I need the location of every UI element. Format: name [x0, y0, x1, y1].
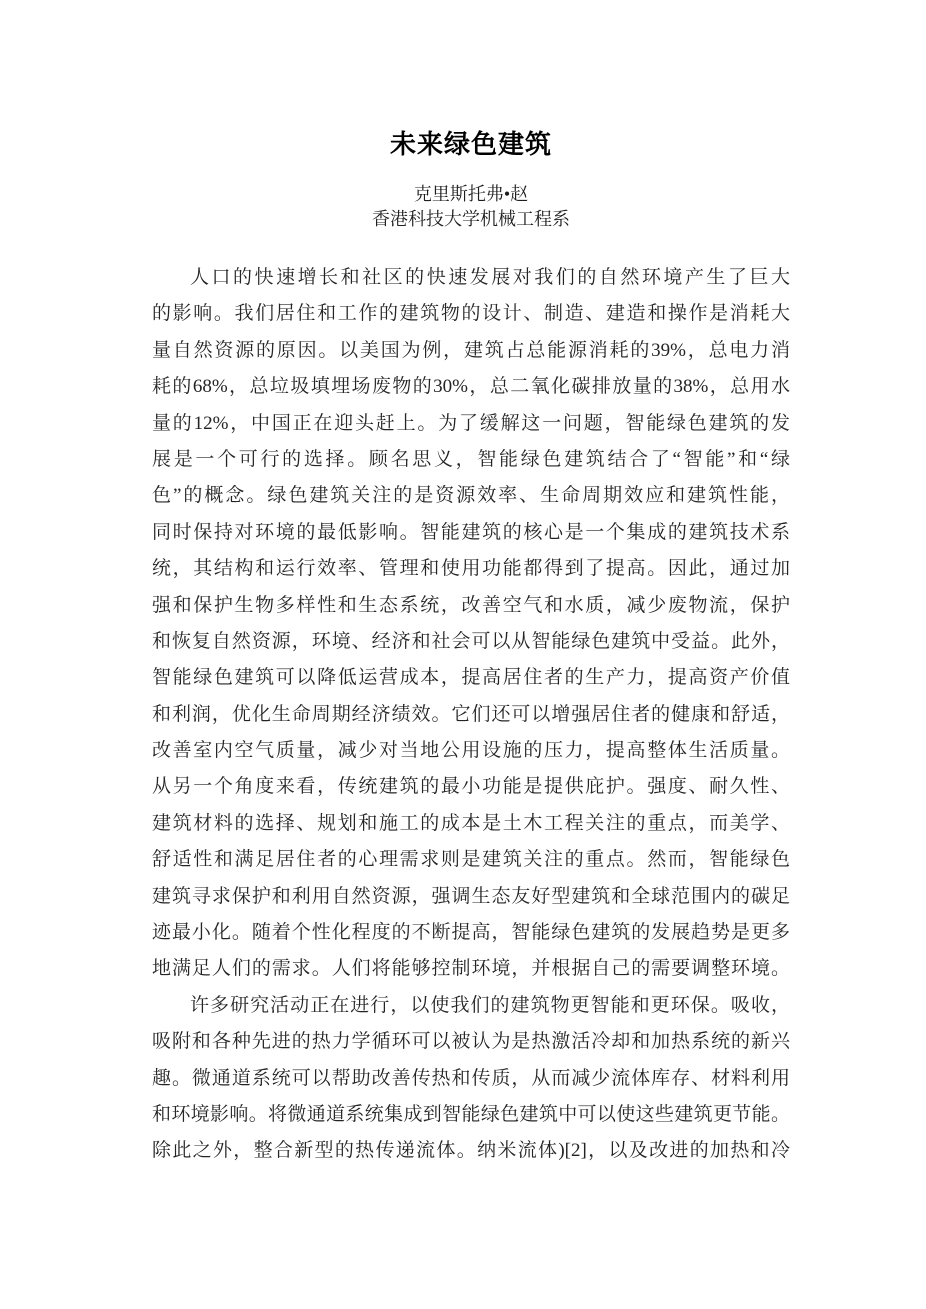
text-line: 强和保护生物多样性和生态系统，改善空气和水质，减少废物流，保护 — [152, 588, 790, 624]
text-line: 建筑寻求保护和利用自然资源，强调生态友好型建筑和全球范围内的碳足 — [152, 879, 790, 915]
text-line: 吸附和各种先进的热力学循环可以被认为是热激活冷却和加热系统的新兴 — [152, 1024, 790, 1060]
text-line: 改善室内空气质量，减少对当地公用设施的压力，提高整体生活质量。 — [152, 733, 790, 769]
document-body: 人口的快速增长和社区的快速发展对我们的自然环境产生了巨大的影响。我们居住和工作的… — [152, 260, 790, 1170]
document-author: 克里斯托弗•赵 — [152, 182, 790, 207]
text-line: 统，其结构和运行效率、管理和使用功能都得到了提高。因此，通过加 — [152, 551, 790, 587]
paragraph: 许多研究活动正在进行，以使我们的建筑物更智能和更环保。吸收，吸附和各种先进的热力… — [152, 988, 790, 1170]
text-line: 除此之外，整合新型的热传递流体。纳米流体)[2]，以及改进的加热和冷 — [152, 1133, 790, 1169]
text-line: 迹最小化。随着个性化程度的不断提高，智能绿色建筑的发展趋势是更多 — [152, 915, 790, 951]
text-line: 智能绿色建筑可以降低运营成本，提高居住者的生产力，提高资产价值 — [152, 660, 790, 696]
text-line: 量自然资源的原因。以美国为例，建筑占总能源消耗的39%，总电力消 — [152, 333, 790, 369]
text-line: 耗的68%，总垃圾填埋场废物的30%，总二氧化碳排放量的38%，总用水 — [152, 369, 790, 405]
paragraph: 人口的快速增长和社区的快速发展对我们的自然环境产生了巨大的影响。我们居住和工作的… — [152, 260, 790, 988]
text-line: 和环境影响。将微通道系统集成到智能绿色建筑中可以使这些建筑更节能。 — [152, 1097, 790, 1133]
text-line: 的影响。我们居住和工作的建筑物的设计、制造、建造和操作是消耗大 — [152, 296, 790, 332]
text-line: 色”的概念。绿色建筑关注的是资源效率、生命周期效应和建筑性能， — [152, 478, 790, 514]
text-line: 人口的快速增长和社区的快速发展对我们的自然环境产生了巨大 — [152, 260, 790, 296]
text-line: 和恢复自然资源，环境、经济和社会可以从智能绿色建筑中受益。此外， — [152, 624, 790, 660]
text-line: 许多研究活动正在进行，以使我们的建筑物更智能和更环保。吸收， — [152, 988, 790, 1024]
text-line: 展是一个可行的选择。顾名思义，智能绿色建筑结合了“智能”和“绿 — [152, 442, 790, 478]
text-line: 舒适性和满足居住者的心理需求则是建筑关注的重点。然而，智能绿色 — [152, 842, 790, 878]
text-line: 和利润，优化生命周期经济绩效。它们还可以增强居住者的健康和舒适， — [152, 697, 790, 733]
text-line: 地满足人们的需求。人们将能够控制环境，并根据自己的需要调整环境。 — [152, 951, 790, 987]
text-line: 趣。微通道系统可以帮助改善传热和传质，从而减少流体库存、材料利用 — [152, 1061, 790, 1097]
text-line: 建筑材料的选择、规划和施工的成本是土木工程关注的重点，而美学、 — [152, 806, 790, 842]
document-affiliation: 香港科技大学机械工程系 — [152, 207, 790, 232]
text-line: 从另一个角度来看，传统建筑的最小功能是提供庇护。强度、耐久性、 — [152, 769, 790, 805]
document-page: 未来绿色建筑 克里斯托弗•赵 香港科技大学机械工程系 人口的快速增长和社区的快速… — [0, 0, 926, 1309]
text-line: 量的12%，中国正在迎头赶上。为了缓解这一问题，智能绿色建筑的发 — [152, 406, 790, 442]
text-line: 同时保持对环境的最低影响。智能建筑的核心是一个集成的建筑技术系 — [152, 515, 790, 551]
document-title: 未来绿色建筑 — [152, 130, 790, 160]
